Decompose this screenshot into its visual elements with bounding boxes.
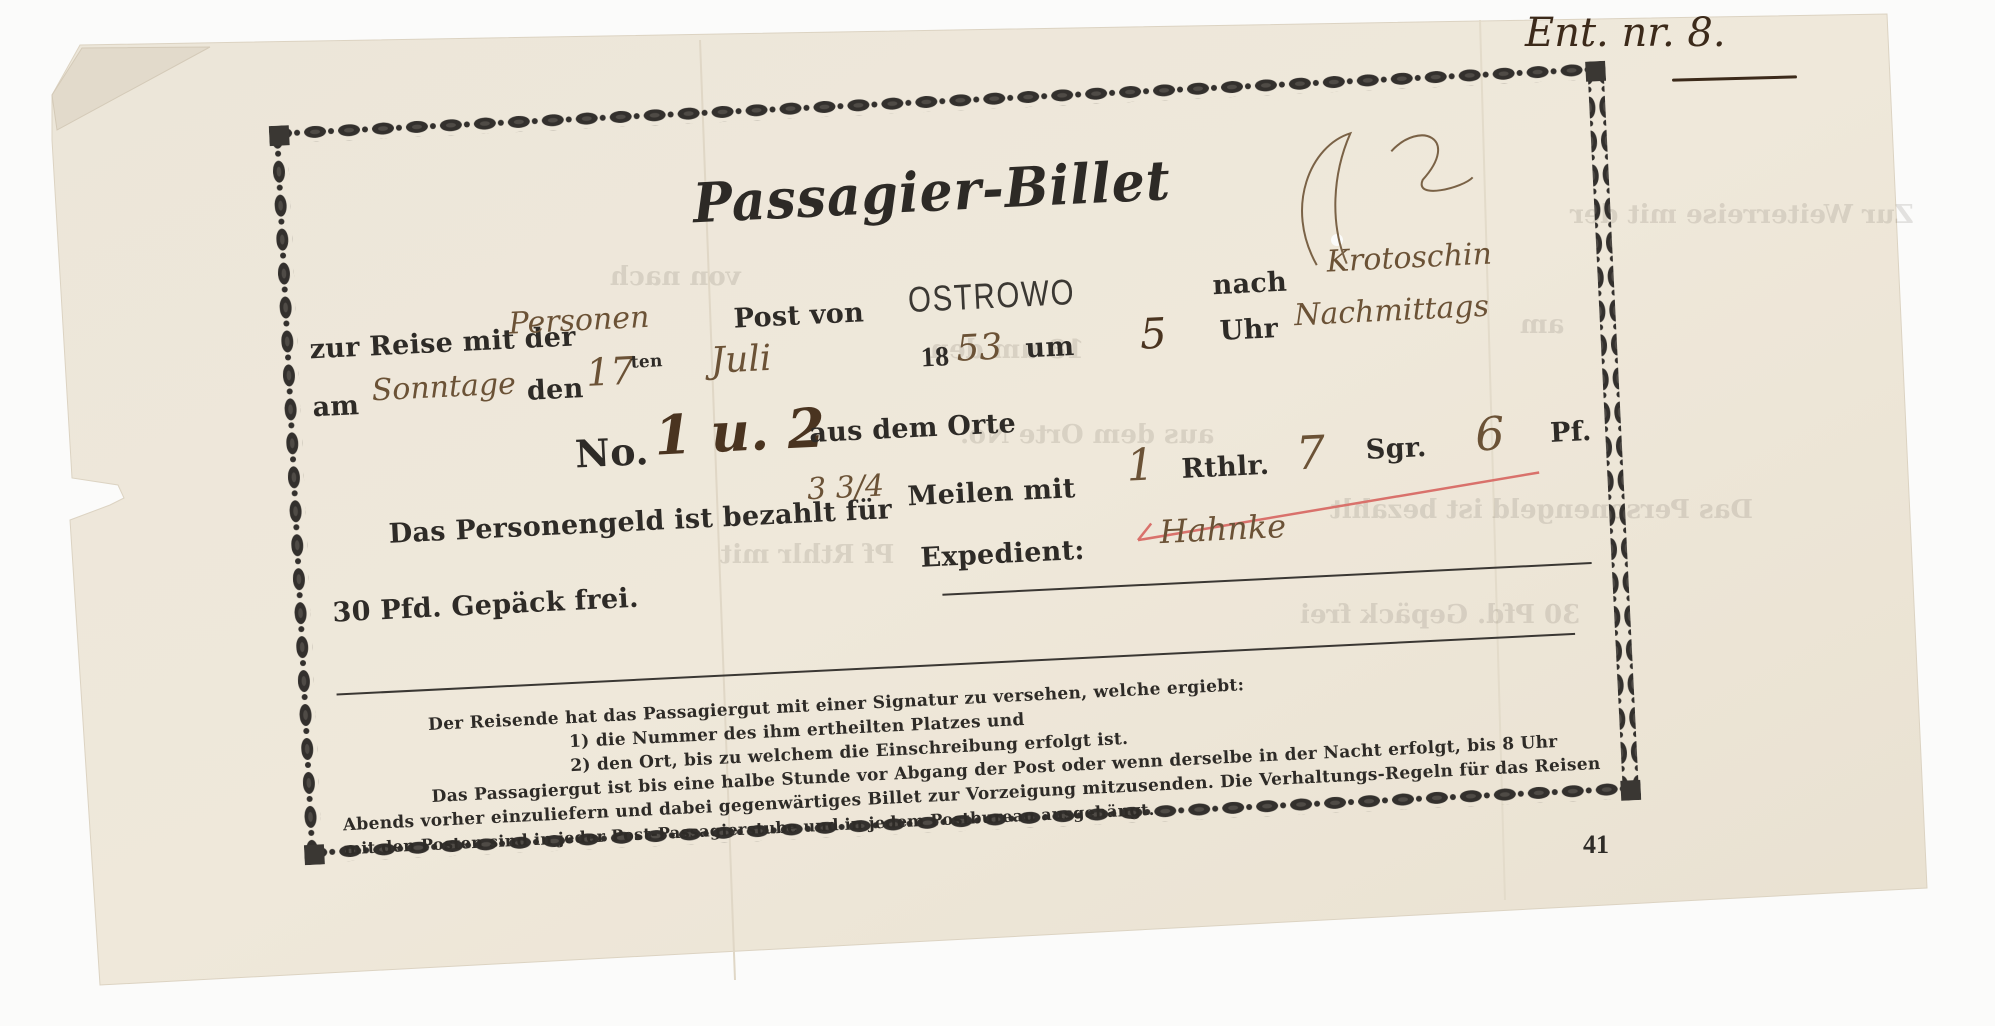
year-prefix: 18: [920, 341, 950, 374]
label-at: um: [1025, 331, 1075, 364]
label-post-from: Post von: [733, 297, 865, 334]
handwriting-flourish: [1269, 103, 1578, 317]
day-suffix: ten: [630, 351, 663, 373]
label-sgr: Sgr.: [1365, 432, 1427, 466]
handwritten-post-type: Personen: [508, 300, 650, 342]
label-on: am: [312, 390, 360, 423]
handwritten-seat-number: 1 u. 2: [653, 395, 827, 467]
handwritten-day: 17: [585, 349, 635, 395]
corner-handwritten-note: Ent. nr. 8.: [1525, 10, 1726, 56]
scanned-paper: Zur Weiterreise mit der von nach am 18 u…: [0, 0, 1995, 1026]
handwritten-hour: 5: [1139, 309, 1168, 359]
label-number: No.: [574, 428, 650, 477]
handwritten-pf: 6: [1474, 406, 1506, 461]
bleed-through-text: Zur Weiterreise mit der: [1570, 200, 1914, 230]
form-number: 41: [1583, 830, 1609, 860]
handwritten-month: Juli: [710, 338, 773, 382]
handwritten-miles: 3 3/4: [806, 469, 885, 508]
label-clock: Uhr: [1219, 313, 1279, 347]
stamp-origin: OSTROWO: [907, 271, 1076, 321]
label-the: den: [526, 373, 584, 407]
label-pf: Pf.: [1550, 416, 1593, 449]
handwritten-year: 53: [955, 327, 1003, 370]
handwritten-clerk-signature: Hahnke: [1159, 507, 1287, 551]
handwritten-weekday: Sonntage: [371, 366, 517, 408]
passenger-ticket: Passagier-Billet zur Reise mit der Perso…: [269, 61, 1642, 865]
handwritten-sgr: 7: [1295, 425, 1327, 480]
